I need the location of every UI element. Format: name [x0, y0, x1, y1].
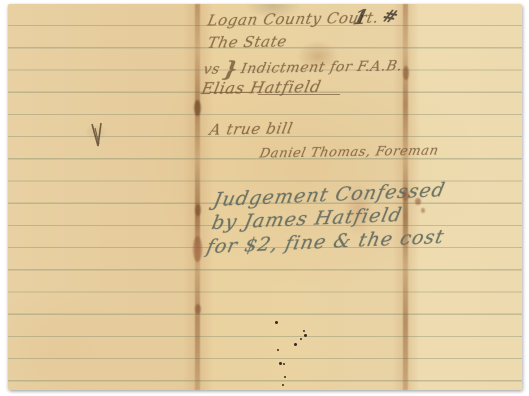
document-paper: Logan County Court. 1# The State vs}Indi… [8, 4, 522, 390]
true-bill-line: A true bill [208, 119, 295, 138]
ink-check-scribble [90, 122, 104, 150]
plaintiff-line: The State [206, 32, 289, 51]
ink-scribble-mark: # [378, 6, 400, 28]
fold-crease-left [195, 4, 200, 390]
underline-flourish [210, 92, 250, 93]
case-number-line: 1# [351, 3, 400, 30]
underline-flourish [258, 94, 340, 95]
photo-background: { "document": { "heading": "Logan County… [0, 0, 529, 396]
vs-label: vs [202, 61, 221, 77]
indictment-text: Indictment for F.A.B. [240, 58, 404, 77]
foreman-signature: Daniel Thomas, Foreman [258, 143, 440, 161]
